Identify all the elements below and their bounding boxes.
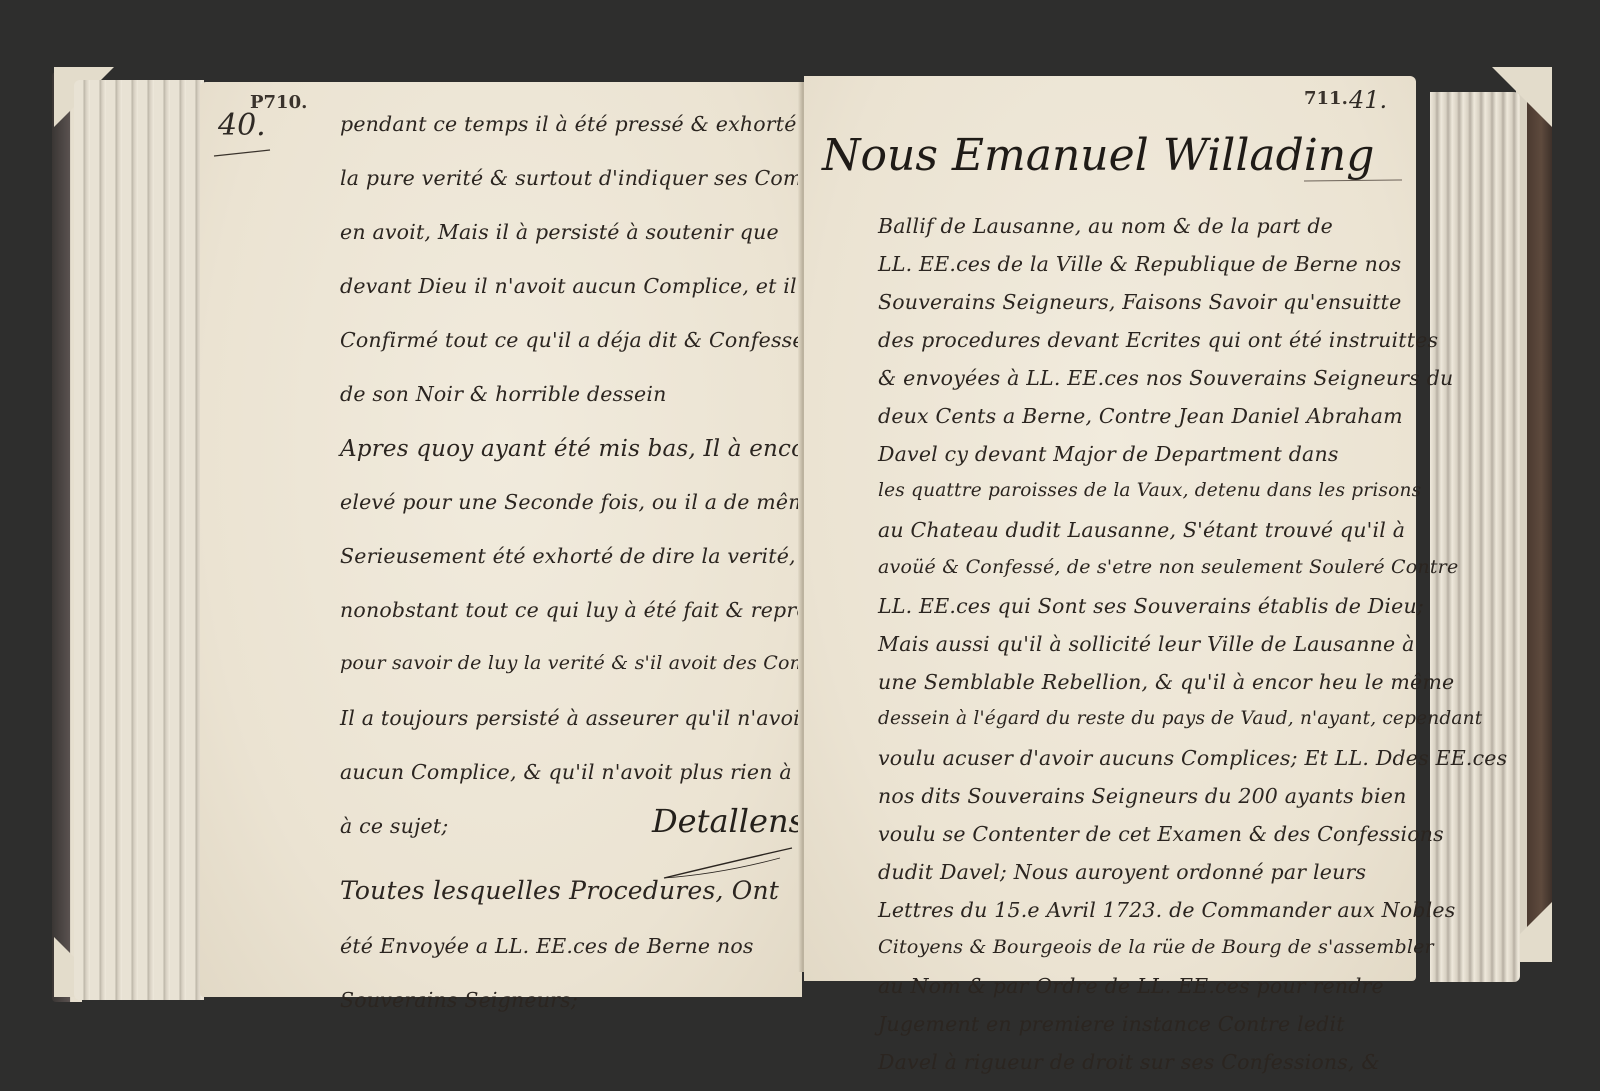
- text-line: de son Noir & horrible dessein: [340, 382, 666, 406]
- text-line: à ce sujet;: [340, 814, 448, 838]
- signature: Detallens: [652, 802, 805, 840]
- text-line: Lettres du 15.e Avril 1723. de Commander…: [878, 898, 1455, 922]
- text-line: LL. EE.ces qui Sont ses Souverains établ…: [878, 594, 1424, 618]
- text-line: au Nom & par Ordre de LL. EE.ces pour re…: [878, 974, 1384, 998]
- text-line: au Chateau dudit Lausanne, S'étant trouv…: [878, 518, 1405, 542]
- text-line: Apres quoy ayant été mis bas, Il à encor…: [340, 436, 861, 462]
- document-heading: Nous Emanuel Willading: [822, 130, 1374, 181]
- text-line: & envoyées à LL. EE.ces nos Souverains S…: [878, 366, 1453, 390]
- text-line: des procedures devant Ecrites qui ont ét…: [878, 328, 1438, 352]
- text-line: elevé pour une Seconde fois, ou il a de …: [340, 490, 820, 514]
- text-line: été Envoyée a LL. EE.ces de Berne nos: [340, 934, 754, 958]
- text-line: les quattre paroisses de la Vaux, detenu…: [878, 480, 1421, 501]
- archive-stamp-left: P710.: [250, 92, 307, 113]
- folio-underline: [212, 148, 272, 158]
- text-line: Davel cy devant Major de Department dans: [878, 442, 1339, 466]
- text-line: voulu acuser d'avoir aucuns Complices; E…: [878, 746, 1507, 770]
- folio-number-left: 40.: [218, 108, 266, 143]
- heading-line: [1304, 176, 1404, 186]
- text-line: une Semblable Rebellion, & qu'il à encor…: [878, 670, 1454, 694]
- text-line: dudit Davel; Nous auroyent ordonné par l…: [878, 860, 1366, 884]
- page-edges-right: [1430, 92, 1520, 982]
- text-line: nos dits Souverains Seigneurs du 200 aya…: [878, 784, 1407, 808]
- text-line: pour savoir de luy la verité & s'il avoi…: [340, 652, 865, 674]
- text-line: devant Dieu il n'avoit aucun Complice, e…: [340, 274, 816, 298]
- folio-number-right: 41.: [1349, 86, 1387, 114]
- signature-flourish: [660, 844, 800, 884]
- text-line: avoüé & Confessé, de s'etre non seulemen…: [878, 556, 1458, 578]
- text-line: nonobstant tout ce qui luy à été fait & …: [340, 598, 866, 622]
- text-line: en avoit, Mais il à persisté à soutenir …: [340, 220, 779, 244]
- text-line: Il a toujours persisté à asseurer qu'il …: [340, 706, 808, 730]
- text-line: Davel à rigueur de droit sur ses Confess…: [878, 1050, 1380, 1074]
- text-line: deux Cents a Berne, Contre Jean Daniel A…: [878, 404, 1403, 428]
- text-line: Jugement en premiere instance Contre led…: [878, 1012, 1345, 1036]
- text-line: Souverains Seigneurs;: [340, 988, 578, 1012]
- text-line: Souverains Seigneurs, Faisons Savoir qu'…: [878, 290, 1401, 314]
- text-line: LL. EE.ces de la Ville & Republique de B…: [878, 252, 1401, 276]
- page-edges-left: [74, 80, 204, 1000]
- archive-stamp-right: 711.: [1304, 88, 1348, 109]
- text-line: Mais aussi qu'il à sollicité leur Ville …: [878, 632, 1415, 656]
- book-cover-right: [1516, 72, 1552, 962]
- open-manuscript-volume: 40. P710. pendant ce temps il à été pres…: [52, 62, 1552, 1022]
- text-line: Ballif de Lausanne, au nom & de la part …: [878, 214, 1333, 238]
- text-line: voulu se Contenter de cet Examen & des C…: [878, 822, 1444, 846]
- right-page: 711. 41. Nous Emanuel Willading Ballif d…: [804, 76, 1416, 981]
- text-line: aucun Complice, & qu'il n'avoit plus rie…: [340, 760, 841, 784]
- text-line: dessein à l'égard du reste du pays de Va…: [878, 708, 1482, 729]
- text-line: Citoyens & Bourgeois de la rüe de Bourg …: [878, 936, 1434, 958]
- left-page: 40. P710. pendant ce temps il à été pres…: [200, 82, 802, 997]
- text-line: Serieusement été exhorté de dire la veri…: [340, 544, 826, 568]
